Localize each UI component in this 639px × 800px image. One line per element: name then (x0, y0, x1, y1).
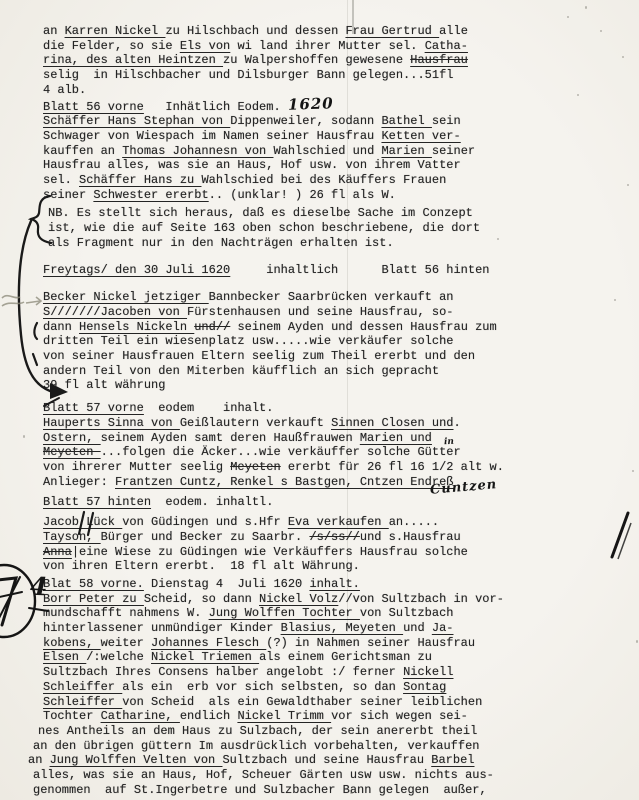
text-segment: Wahlschied und (273, 144, 381, 158)
text-segment: zu Walpershoffen gewesene (223, 53, 410, 67)
doc-line: alles, was sie an Haus, Hof, Scheuer Gär… (33, 768, 633, 783)
text-segment: Blatt 57 vorne (43, 401, 144, 415)
margin-apostrophe-mark (33, 354, 37, 365)
doc-line: von ihrerer Mutter seelig Meyeten ererbt… (43, 460, 633, 475)
doc-line: S///////Jacoben von Fürstenhausen und se… (43, 305, 633, 320)
doc-line: Blatt 56 vorne Inhätlich Eodem. 1620 (43, 98, 633, 115)
text-segment: Dippenweiler, sodann (230, 114, 381, 128)
paragraph-block: Blatt 57 hinten eodem. inhaltl. (43, 495, 633, 510)
text-segment: Sultzbach Ihres Consens halber angelobt … (43, 665, 403, 679)
text-segment: Scheid, so dann (144, 592, 259, 606)
doc-line: Schleiffer von Scheid als ein Gewaldthab… (43, 695, 633, 710)
text-segment: von Güdingen und s.Hfr (122, 515, 288, 529)
text-segment: Schwester ererbt (93, 188, 208, 202)
text-segment: ererbt für 26 fl 16 1/2 alt w. (281, 460, 504, 474)
text-segment: Jacob Lück (43, 515, 122, 529)
text-segment: eodem. inhaltl. (151, 495, 273, 509)
text-segment: von seiner Hausfrauen Eltern seelig zum … (43, 349, 475, 363)
doc-line: an Karren Nickel zu Hilschbach und desse… (43, 24, 633, 39)
doc-line: kauffen an Thomas Johannesn von Wahlschi… (43, 144, 633, 159)
text-segment: von ihren Eltern ererbt. 18 fl alt Währu… (43, 559, 360, 573)
text-segment: Catha- (425, 39, 468, 53)
text-segment: von ihrerer Mutter seelig (43, 460, 230, 474)
text-segment: Hensels Nickeln (79, 320, 194, 334)
text-segment: /:welche (86, 650, 151, 664)
text-segment: rina, des alten Heintzen (43, 53, 223, 67)
doc-line: als Fragment nur in den Nachträgen erhal… (48, 236, 633, 251)
text-segment: Schäffer Hans zu (79, 173, 201, 187)
text-segment: (?) in Nahmen seiner Hausfrau (266, 636, 475, 650)
scan-speck (600, 30, 602, 32)
text-segment: die Felder, so sie (43, 39, 180, 53)
text-segment: seiner (43, 188, 93, 202)
text-segment: genommen auf St.Ingerbetre und Sulzbache… (33, 783, 487, 797)
text-segment: sel. (43, 173, 79, 187)
text-segment: Sultzbach und seine Hausfrau (222, 753, 431, 767)
document-body: an Karren Nickel zu Hilschbach und desse… (43, 24, 633, 797)
text-segment: Elsen (43, 650, 86, 664)
text-segment: dann (43, 320, 79, 334)
text-segment: Hausfrau (410, 53, 468, 67)
scan-speck (632, 470, 634, 472)
doc-line: Tochter Catharine, endlich Nickel Trimm … (43, 709, 633, 724)
doc-line: 4 alb. (43, 83, 633, 98)
doc-line: 39 fl alt währung (43, 378, 633, 393)
scan-speck (23, 435, 25, 438)
text-segment: kauffen an (43, 144, 122, 158)
doc-line: Anlieger: Frantzen Cuntz, Renkel s Bastg… (43, 475, 633, 490)
doc-line: Anna|eine Wiese zu Güdingen wie Verkäuff… (43, 545, 633, 560)
scan-speck (350, 792, 353, 794)
text-segment: Bannbecker Saarbrücken verkauft an (209, 290, 454, 304)
doc-line: dritten Teil ein wiesenplatz usw.....wie… (43, 334, 633, 349)
paragraph-block: NB. Es stellt sich heraus, daß es diesel… (43, 206, 633, 250)
scan-speck (614, 299, 616, 301)
text-segment: endlich (180, 709, 238, 723)
text-segment: Fürstenhausen und seine Hausfrau, so- (187, 305, 453, 319)
text-segment: zu Hilschbach und dessen (165, 24, 345, 38)
doc-line: Blatt 57 hinten eodem. inhaltl. (43, 495, 633, 510)
paragraph-block: an Karren Nickel zu Hilschbach und desse… (43, 24, 633, 202)
text-segment: Becker Nickel jetziger (43, 290, 209, 304)
text-segment: Schleiffer (43, 680, 122, 694)
text-segment: Nickel Trimm (237, 709, 331, 723)
text-segment: als einem Gerichtsman zu (259, 650, 432, 664)
scan-speck (622, 56, 624, 58)
doc-line: von seiner Hausfrauen Eltern seelig zum … (43, 349, 633, 364)
text-segment: seinem Ayden samt deren Haußfrauwen (101, 431, 360, 445)
text-segment: Els von (180, 39, 230, 53)
text-segment: Meyeten (345, 621, 403, 635)
text-segment: Blatt 57 hinten (43, 495, 151, 509)
doc-line: Sultzbach Ihres Consens halber angelobt … (43, 665, 633, 680)
text-segment: an (28, 753, 50, 767)
text-segment: inhalt. (309, 577, 359, 591)
text-segment: und s.Hausfrau (360, 530, 461, 544)
text-segment: nes Antheils an dem Haus zu Sulzbach, de… (38, 724, 477, 738)
doc-line: Tayson, Bürger und Becker zu Saarbr. /s/… (43, 530, 633, 545)
text-segment: Blatt 56 vorne (43, 100, 144, 114)
doc-line: Schäffer Hans Stephan von Dippenweiler, … (43, 114, 633, 129)
text-segment: Frantzen Cuntz, Renkel s Bastgen, Cntzen… (115, 475, 453, 489)
handwritten-year: 1620 (288, 96, 334, 112)
text-segment: Anlieger: (43, 475, 115, 489)
text-segment: Marien und (360, 431, 432, 445)
scan-speck (627, 184, 629, 186)
doc-line: Schleiffer als ein erb vor sich selbsten… (43, 680, 633, 695)
doc-line: Meyeten ...folgen die Äcker...wie verkäu… (43, 445, 633, 460)
doc-line: NB. Es stellt sich heraus, daß es diesel… (48, 206, 633, 221)
paragraph-block: Blat 58 vorne. Dienstag 4 Juli 1620 inha… (43, 577, 633, 798)
text-segment: selig in Hilschbacher und Dilsburger Ban… (43, 68, 453, 82)
scanned-document-page: an Karren Nickel zu Hilschbach und desse… (0, 0, 639, 800)
doc-line: nes Antheils an dem Haus zu Sulzbach, de… (38, 724, 633, 739)
scan-speck (117, 791, 119, 793)
text-segment: Blat 58 vorne. (43, 577, 144, 591)
text-segment: /s/ss// (309, 530, 359, 544)
text-segment: seiner (432, 144, 475, 158)
text-segment: NB. Es stellt sich heraus, daß es diesel… (48, 206, 473, 220)
doc-line: Hausfrau alles, was sie an Haus, Hof usw… (43, 158, 633, 173)
doc-line: Elsen /:welche Nickel Triemen als einem … (43, 650, 633, 665)
text-segment: Tochter (43, 709, 101, 723)
doc-line: von ihren Eltern ererbt. 18 fl alt Währu… (43, 559, 633, 574)
scan-speck (497, 238, 499, 240)
doc-line: hinterlassener unmündiger Kinder Blasius… (43, 621, 633, 636)
doc-line: die Felder, so sie Els von wi land ihrer… (43, 39, 633, 54)
scan-speck (585, 6, 587, 9)
text-segment: Schwager von Wiespach im Namen seiner Ha… (43, 129, 381, 143)
text-segment: sein (432, 114, 461, 128)
text-segment: Thomas Johannesn von (122, 144, 273, 158)
doc-line: rina, des alten Heintzen zu Walpershoffe… (43, 53, 633, 68)
paragraph-block: Becker Nickel jetziger Bannbecker Saarbr… (43, 290, 633, 393)
text-segment: .. (unklar! ) 26 fl als W. (209, 188, 396, 202)
text-segment: Jung Wolffen Tochter (209, 606, 360, 620)
text-segment: Bürger und Becker zu Saarbr. (101, 530, 310, 544)
text-segment: eodem inhalt. (144, 401, 274, 415)
doc-line: an den übrigen güttern Im ausdrücklich v… (33, 739, 633, 754)
doc-line: sel. Schäffer Hans zu Wahlschied bei des… (43, 173, 633, 188)
text-segment: S///////Jacoben von (43, 305, 187, 319)
doc-line: Becker Nickel jetziger Bannbecker Saarbr… (43, 290, 633, 305)
text-segment: seinem Ayden und dessen Hausfrau zum (230, 320, 496, 334)
text-segment: kobens, (43, 636, 101, 650)
text-segment: Marien (381, 144, 431, 158)
text-segment: Schäffer Hans Stephan von (43, 114, 230, 128)
doc-line: an Jung Wolffen Velten von Sultzbach und… (28, 753, 633, 768)
text-segment: Inhätlich Eodem. (144, 100, 288, 114)
text-segment: an..... (389, 515, 439, 529)
text-segment: Geißlautern verkauft (180, 416, 331, 430)
doc-line: Blat 58 vorne. Dienstag 4 Juli 1620 inha… (43, 577, 633, 592)
scan-speck (567, 16, 569, 18)
text-segment: Eva verkaufen (288, 515, 389, 529)
text-segment: Nickell (403, 665, 453, 679)
text-segment: //von Sultzbach in vor- (338, 592, 504, 606)
text-segment: Hauperts Sinna von (43, 416, 180, 430)
text-segment: Sinnen Closen und (331, 416, 453, 430)
text-segment: Bathel (381, 114, 431, 128)
doc-line: genommen auf St.Ingerbetre und Sulzbache… (33, 783, 633, 798)
text-segment: an (43, 24, 65, 38)
text-segment: Ketten ver- (381, 129, 460, 143)
text-segment: ...folgen die Äcker...wie verkäuffer sol… (101, 445, 461, 459)
text-segment: Catharine, (101, 709, 180, 723)
scan-speck (577, 94, 579, 96)
paragraph-block: Freytags/ den 30 Juli 1620 inhaltlich Bl… (43, 263, 633, 278)
text-segment: als Fragment nur in den Nachträgen erhal… (48, 236, 394, 250)
doc-line: seiner Schwester ererbt.. (unklar! ) 26 … (43, 188, 633, 203)
text-segment: Karren Nickel (65, 24, 166, 38)
doc-line: Jacob Lück von Güdingen und s.Hfr Eva ve… (43, 515, 633, 530)
text-segment: Tayson, (43, 530, 101, 544)
text-segment: und// (194, 320, 230, 334)
doc-line: Borr Peter zu Scheid, so dann Nickel Vol… (43, 592, 633, 607)
text-segment: Dienstag 4 Juli 1620 (144, 577, 310, 591)
text-segment: weiter (101, 636, 151, 650)
doc-line: Schwager von Wiespach im Namen seiner Ha… (43, 129, 633, 144)
text-segment: alles, was sie an Haus, Hof, Scheuer Gär… (33, 768, 494, 782)
paragraph-block: Jacob Lück von Güdingen und s.Hfr Eva ve… (43, 515, 633, 574)
circled-number-crossbar (0, 592, 22, 600)
text-segment: Wahlschied bei des Käuffers Frauen (201, 173, 446, 187)
text-segment: Blasius, (281, 621, 346, 635)
doc-line: Hauperts Sinna von Geißlautern verkauft … (43, 416, 633, 431)
text-segment: Nickel Volz (259, 592, 338, 606)
scan-speck (636, 640, 638, 643)
text-segment: als ein erb vor sich selbsten, so dan (122, 680, 403, 694)
text-segment: 4 alb. (43, 83, 86, 97)
doc-line: selig in Hilschbacher und Dilsburger Ban… (43, 68, 633, 83)
margin-tick-mark (34, 323, 37, 339)
doc-line: dann Hensels Nickeln und// seinem Ayden … (43, 320, 633, 335)
text-segment: Ostern, (43, 431, 101, 445)
text-segment: an den übrigen güttern Im ausdrücklich v… (33, 739, 479, 753)
text-segment: inhaltlich Blatt 56 hinten (230, 263, 489, 277)
text-segment: Ja- (432, 621, 454, 635)
text-segment: andern Teil von den Miterben käufflich a… (43, 364, 439, 378)
doc-line: Ostern, seinem Ayden samt deren Haußfrau… (43, 431, 633, 446)
text-segment: Freytags/ den 30 Juli 1620 (43, 263, 230, 277)
text-segment: 39 fl alt währung (43, 378, 165, 392)
text-segment: ist, wie die auf Seite 163 oben schon be… (48, 221, 480, 235)
handwritten-insertion-in: in (444, 435, 455, 450)
text-segment: Borr Peter zu (43, 592, 144, 606)
pencil-scribble-mark (2, 296, 41, 306)
text-segment: Barbel (431, 753, 474, 767)
doc-line: Freytags/ den 30 Juli 1620 inhaltlich Bl… (43, 263, 633, 278)
text-segment: hinterlassener unmündiger Kinder (43, 621, 281, 635)
paragraph-block: Blatt 57 vorne eodem inhalt.Hauperts Sin… (43, 401, 633, 489)
text-segment: Schleiffer (43, 695, 122, 709)
text-segment: mundschafft nahmens W. (43, 606, 209, 620)
text-segment: . (453, 416, 460, 430)
text-segment: Frau Gertrud (345, 24, 439, 38)
text-segment: alle (439, 24, 468, 38)
doc-line: kobens, weiter Johannes Flesch (?) in Na… (43, 636, 633, 651)
doc-line: mundschafft nahmens W. Jung Wolffen Toch… (43, 606, 633, 621)
circled-number-glyph (0, 578, 16, 625)
text-segment: Jung Wolffen Velten von (50, 753, 223, 767)
doc-line: Blatt 57 vorne eodem inhalt. (43, 401, 633, 416)
text-segment: Johannes Flesch (151, 636, 266, 650)
text-segment: dritten Teil ein wiesenplatz usw.....wie… (43, 334, 453, 348)
text-segment: Anna (43, 545, 72, 559)
handwritten-margin-number: 4 (30, 580, 48, 595)
text-segment: von Scheid als ein Gewaldthaber seiner l… (122, 695, 482, 709)
text-segment: von Sultzbach (360, 606, 454, 620)
text-segment: vor sich wegen sei- (331, 709, 468, 723)
text-segment: Nickel Triemen (151, 650, 259, 664)
text-segment: Hausfrau alles, was sie an Haus, Hof usw… (43, 158, 461, 172)
text-segment: und (403, 621, 432, 635)
text-segment: Meyeten (230, 460, 280, 474)
text-segment: wi land ihrer Mutter sel. (230, 39, 424, 53)
text-segment: Sontag (403, 680, 446, 694)
text-segment: |eine Wiese zu Güdingen wie Verkäuffers … (72, 545, 468, 559)
text-segment: Meyeten (43, 445, 101, 459)
circled-number-strike (0, 577, 20, 628)
doc-line: andern Teil von den Miterben käufflich a… (43, 364, 633, 379)
doc-line: ist, wie die auf Seite 163 oben schon be… (48, 221, 633, 236)
